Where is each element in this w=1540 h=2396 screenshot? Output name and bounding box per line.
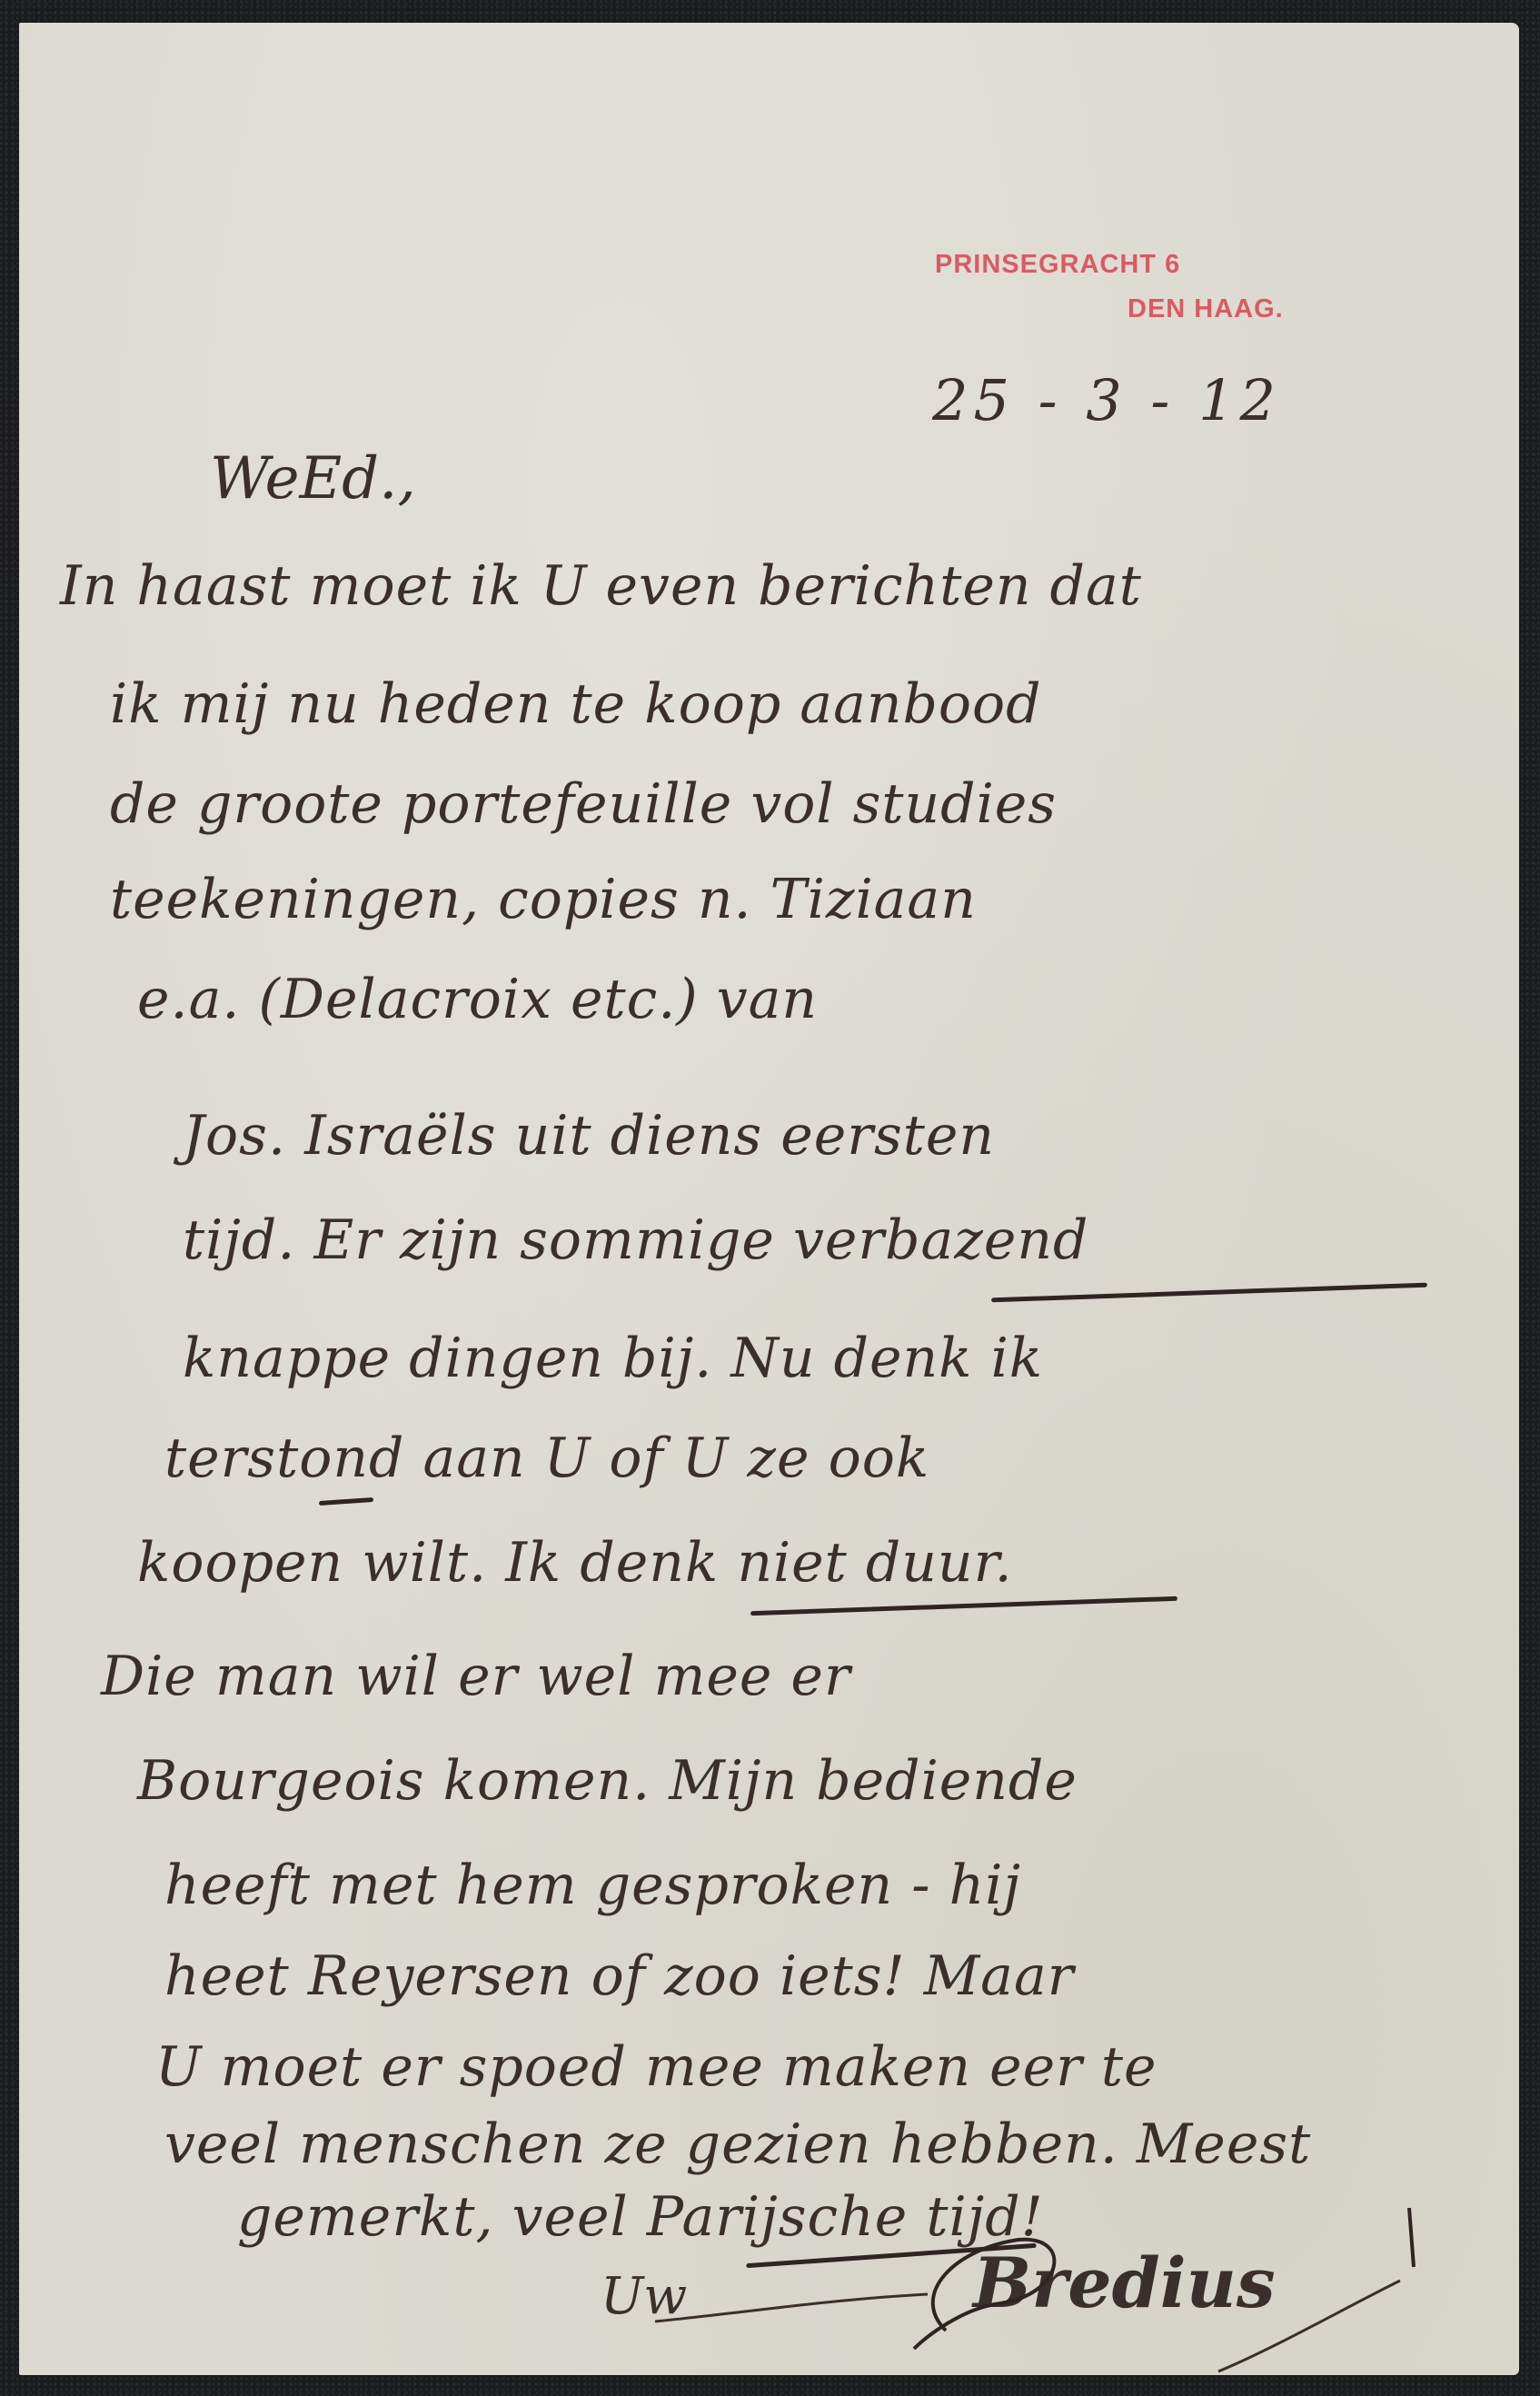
letter-date: 25 - 3 - 12 — [932, 373, 1281, 429]
salutation: WeEd., — [210, 450, 416, 508]
body-line: knappe dingen bij. Nu denk ik — [183, 1331, 1043, 1386]
signature-flourish-icon — [19, 23, 1519, 2375]
underline-u — [319, 1497, 373, 1506]
letterhead-stamp: PRINSEGRACHT 6 DEN HAAG. — [935, 252, 1284, 323]
body-line: e.a. (Delacroix etc.) van — [137, 972, 818, 1027]
underline-verbazend — [991, 1283, 1427, 1303]
body-line: In haast moet ik U even berichten dat — [60, 559, 1142, 613]
body-line: teekeningen, copies n. Tiziaan — [110, 872, 977, 927]
body-line: tijd. Er zijn sommige verbazend — [183, 1213, 1088, 1268]
letterhead-city: DEN HAAG. — [1128, 296, 1284, 323]
closing: Uw — [601, 2272, 687, 2322]
body-line: heeft met hem gesproken - hij — [164, 1858, 1021, 1913]
body-line: veel menschen ze gezien hebben. Meest — [164, 2117, 1311, 2172]
signature: Bredius — [973, 2249, 1276, 2318]
body-line: gemerkt, veel Parijsche tijd! — [237, 2190, 1044, 2244]
body-line: Jos. Israëls uit diens eersten — [183, 1109, 995, 1163]
body-line: de groote portefeuille vol studies — [110, 777, 1057, 831]
body-line: heet Reyersen of zoo iets! Maar — [164, 1949, 1074, 2003]
body-line: Die man wil er wel mee er — [101, 1649, 851, 1704]
body-line: Bourgeois komen. Mijn bediende — [137, 1754, 1078, 1808]
letterhead-address: PRINSEGRACHT 6 — [935, 252, 1284, 278]
body-line: koopen wilt. Ik denk niet duur. — [137, 1536, 1013, 1590]
body-line: ik mij nu heden te koop aanbood — [110, 677, 1042, 731]
letter-sheet: PRINSEGRACHT 6 DEN HAAG. 25 - 3 - 12 WeE… — [19, 23, 1519, 2375]
underline-niet-duur — [750, 1596, 1177, 1616]
body-line: terstond aan U of U ze ook — [164, 1431, 929, 1486]
body-line: U moet er spoed mee maken eer te — [155, 2040, 1157, 2094]
